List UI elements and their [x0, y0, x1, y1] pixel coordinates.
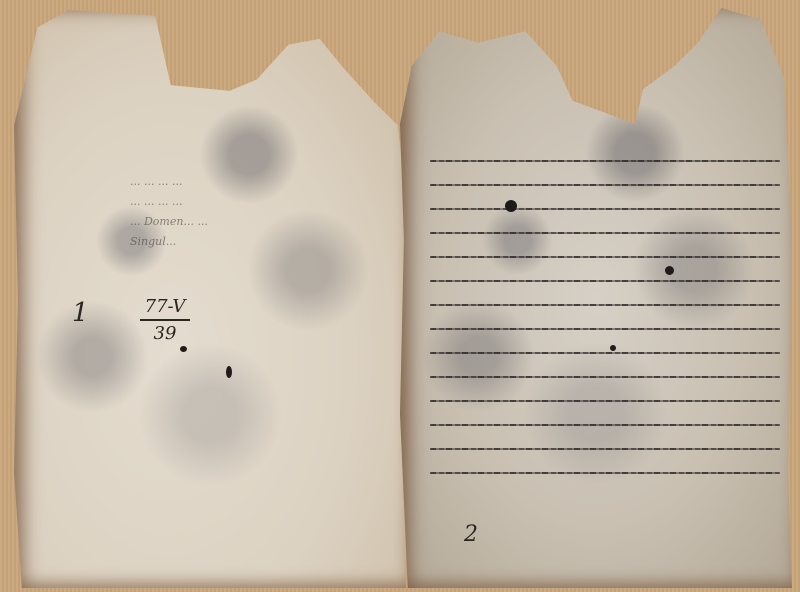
script-line — [430, 304, 780, 306]
folio-mark: 77-V 39 — [140, 296, 190, 344]
script-line — [430, 400, 780, 402]
script-line — [430, 280, 780, 282]
faint-line: ... ... ... ... — [130, 172, 280, 192]
script-line — [430, 160, 780, 162]
script-line — [430, 328, 780, 330]
script-line — [430, 424, 780, 426]
folio-divider — [140, 319, 190, 321]
handwritten-script — [430, 138, 780, 496]
script-line — [430, 448, 780, 450]
script-line — [430, 472, 780, 474]
page-number-right: 2 — [464, 522, 478, 547]
faint-header-text: ... ... ... ... ... ... ... ... ... Dome… — [130, 172, 280, 252]
folio-top: 77-V — [140, 296, 190, 317]
ink-blot — [505, 200, 517, 212]
faint-line: Singul... — [130, 232, 280, 252]
script-line — [430, 376, 780, 378]
script-line — [430, 256, 780, 258]
ink-blot — [226, 366, 232, 378]
page-number-left: 1 — [72, 298, 89, 328]
folio-bottom: 39 — [140, 323, 190, 344]
script-line — [430, 352, 780, 354]
script-line — [430, 232, 780, 234]
faint-line: ... ... ... ... — [130, 192, 280, 212]
script-line — [430, 184, 780, 186]
ink-blot — [180, 346, 187, 352]
script-line — [430, 208, 780, 210]
ink-blot — [665, 266, 674, 275]
right-manuscript-page — [400, 8, 792, 588]
ink-blot — [610, 345, 616, 351]
faint-line: ... Domen... ... — [130, 212, 280, 232]
